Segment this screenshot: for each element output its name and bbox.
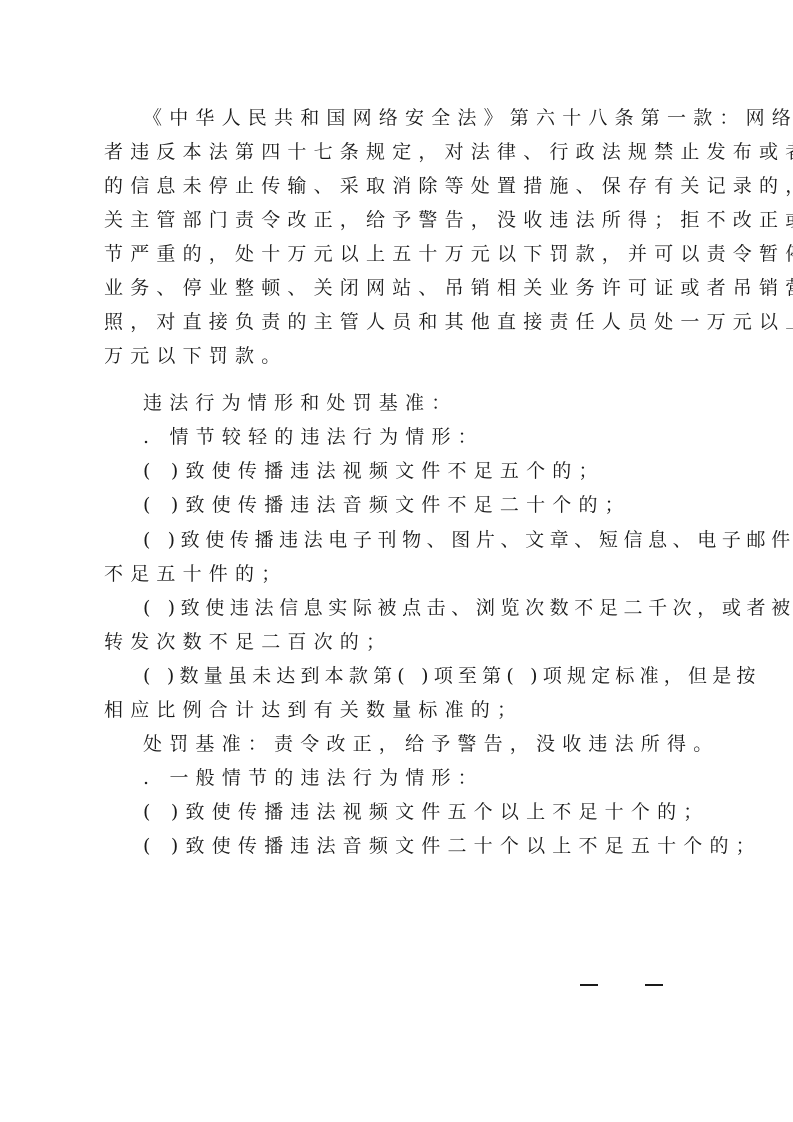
footer-dash-left xyxy=(580,984,598,986)
article-paragraph-line: 关主管部门责令改正，给予警告，没收违法所得；拒不改正或者情 xyxy=(104,203,694,237)
article-paragraph-line: 者违反本法第四十七条规定，对法律、行政法规禁止发布或者传输 xyxy=(104,135,694,169)
article-paragraph-line: 《中华人民共和国网络安全法》第六十八条第一款：网络运营 xyxy=(143,101,733,135)
minor-item-5-continued: 相应比例合计达到有关数量标准的； xyxy=(104,693,694,727)
page-number-marker xyxy=(580,984,664,988)
article-paragraph-line: 万元以下罚款。 xyxy=(104,339,694,373)
article-paragraph-line: 节严重的，处十万元以上五十万元以下罚款，并可以责令暂停相关 xyxy=(104,237,694,271)
article-paragraph-line: 照，对直接负责的主管人员和其他直接责任人员处一万元以上十 xyxy=(104,305,694,339)
general-item-1: ( )致使传播违法视频文件五个以上不足十个的； xyxy=(143,795,733,829)
minor-circumstances-heading: . 情节较轻的违法行为情形： xyxy=(143,420,733,454)
minor-item-4: ( )致使违法信息实际被点击、浏览次数不足二千次，或者被 xyxy=(143,591,733,625)
minor-penalty: 处罚基准：责令改正，给予警告，没收违法所得。 xyxy=(143,727,733,761)
minor-item-2: ( )致使传播违法音频文件不足二十个的； xyxy=(143,488,733,522)
footer-dash-right xyxy=(645,984,663,986)
article-paragraph-line: 业务、停业整顿、关闭网站、吊销相关业务许可证或者吊销营业执 xyxy=(104,271,694,305)
minor-item-3-continued: 不足五十件的； xyxy=(104,557,694,591)
general-circumstances-heading: . 一般情节的违法行为情形： xyxy=(143,761,733,795)
minor-item-1: ( )致使传播违法视频文件不足五个的； xyxy=(143,454,733,488)
article-paragraph-line: 的信息未停止传输、采取消除等处置措施、保存有关记录的，由有 xyxy=(104,169,694,203)
general-item-2: ( )致使传播违法音频文件二十个以上不足五十个的； xyxy=(143,829,733,863)
minor-item-5: ( )数量虽未达到本款第( )项至第( )项规定标准，但是按 xyxy=(143,659,733,693)
minor-item-4-continued: 转发次数不足二百次的； xyxy=(104,625,694,659)
minor-item-3: ( )致使传播违法电子刊物、图片、文章、短信息、电子邮件等 xyxy=(143,523,733,557)
section-heading: 违法行为情形和处罚基准： xyxy=(143,386,733,420)
document-page: 《中华人民共和国网络安全法》第六十八条第一款：网络运营 者违反本法第四十七条规定… xyxy=(0,0,793,1122)
